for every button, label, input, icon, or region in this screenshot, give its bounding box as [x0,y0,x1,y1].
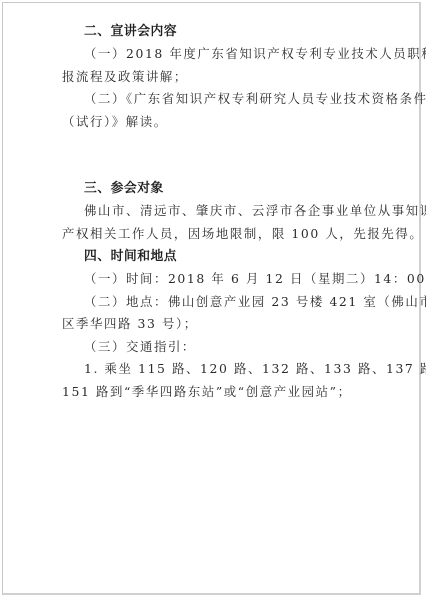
text-line: 产权相关工作人员，因场地限制，限 100 人，先报先得。 [62,226,423,242]
text-line: 报流程及政策讲解； [62,69,188,85]
text-line: 1. 乘坐 115 路、120 路、132 路、133 路、137 路、150 … [84,361,426,377]
text-line: 佛山市、清远市、肇庆市、云浮市各企事业单位从事知识 [84,203,426,219]
section-heading-attendees: 三、参会对象 [84,181,164,197]
text-line: （试行）》解读。 [62,114,168,130]
text-line: （二）《广东省知识产权专利研究人员专业技术资格条件 [84,91,426,107]
section-heading-content: 二、宣讲会内容 [84,24,177,40]
text-line: 151 路到“季华四路东站”或“创意产业园站”； [62,384,352,400]
section-heading-time-place: 四、时间和地点 [84,249,177,265]
text-line: （一）时间：2018 年 6 月 12 日（星期二）14：00—17：00； [84,271,426,287]
text-line: （三）交通指引： [84,339,196,355]
text-line: 区季华四路 33 号）； [62,316,198,332]
text-line: （二）地点：佛山创意产业园 23 号楼 421 室（佛山市禅城 [84,294,426,310]
document-page: 二、宣讲会内容 （一）2018 年度广东省知识产权专利专业技术人员职称申 报流程… [2,2,421,595]
text-line: （一）2018 年度广东省知识产权专利专业技术人员职称申 [84,46,426,62]
